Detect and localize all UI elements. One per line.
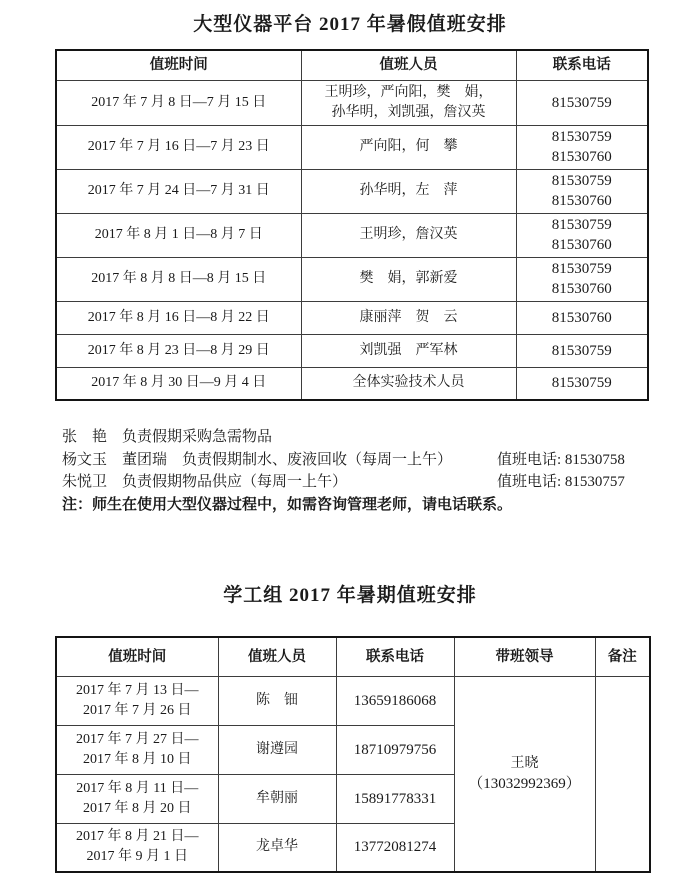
header-contact-phone: 联系电话 <box>336 637 454 676</box>
phone-line: 81530760 <box>519 191 646 211</box>
note-important: 注：师生在使用大型仪器过程中，如需咨询管理老师，请电话联系。 <box>62 494 662 517</box>
cell-contact-phone: 18710979756 <box>336 725 454 774</box>
cell-duty-staff: 樊 娟，郭新爱 <box>301 257 516 301</box>
cell-contact-phone: 15891778331 <box>336 774 454 823</box>
phone-line: 81530759 <box>519 171 646 191</box>
staff-line: 王明珍，严向阳，樊 娟， <box>304 83 514 103</box>
cell-duty-staff: 刘凯强 严军林 <box>301 334 516 367</box>
date-line: 2017 年 8 月 10 日 <box>59 750 216 770</box>
staff-line: 孙华明，刘凯强，詹汉英 <box>304 103 514 123</box>
note-line-supplies: 朱悦卫 负责假期物品供应（每周一上午） 值班电话: 81530757 <box>62 471 662 494</box>
cell-duty-time: 2017 年 8 月 21 日— 2017 年 9 月 1 日 <box>56 823 218 872</box>
header-contact-phone: 联系电话 <box>516 50 648 80</box>
table-row: 2017 年 8 月 30 日—9 月 4 日 全体实验技术人员 8153075… <box>56 367 648 400</box>
header-duty-staff: 值班人员 <box>218 637 336 676</box>
table-row: 2017 年 8 月 23 日—8 月 29 日 刘凯强 严军林 8153075… <box>56 334 648 367</box>
cell-contact-phone: 13659186068 <box>336 676 454 725</box>
header-duty-time: 值班时间 <box>56 50 301 80</box>
cell-duty-staff: 龙卓华 <box>218 823 336 872</box>
table-row: 2017 年 7 月 13 日— 2017 年 7 月 26 日 陈 钿 136… <box>56 676 650 725</box>
cell-duty-time: 2017 年 8 月 8 日—8 月 15 日 <box>56 257 301 301</box>
note-line-water-recycle: 杨文玉 董团瑞 负责假期制水、废液回收（每周一上午） 值班电话: 8153075… <box>62 449 662 472</box>
note-text: 张 艳 负责假期采购急需物品 <box>62 429 272 445</box>
page-title-instrument-platform: 大型仪器平台 2017 年暑假值班安排 <box>0 0 700 36</box>
cell-duty-staff: 谢遵园 <box>218 725 336 774</box>
date-line: 2017 年 7 月 13 日— <box>59 681 216 701</box>
date-line: 2017 年 8 月 20 日 <box>59 799 216 819</box>
cell-duty-staff: 全体实验技术人员 <box>301 367 516 400</box>
cell-duty-staff: 严向阳，何 攀 <box>301 125 516 169</box>
header-duty-staff: 值班人员 <box>301 50 516 80</box>
page-title-student-affairs: 学工组 2017 年暑期值班安排 <box>0 580 700 607</box>
cell-duty-time: 2017 年 7 月 24 日—7 月 31 日 <box>56 169 301 213</box>
note-duty-phone: 值班电话: 81530757 <box>497 471 625 494</box>
cell-duty-time: 2017 年 7 月 8 日—7 月 15 日 <box>56 80 301 125</box>
phone-line: 81530759 <box>519 215 646 235</box>
student-affairs-duty-table: 值班时间 值班人员 联系电话 带班领导 备注 2017 年 7 月 13 日— … <box>55 636 651 873</box>
phone-line: 81530760 <box>519 147 646 167</box>
phone-line: 81530759 <box>519 259 646 279</box>
instrument-duty-table: 值班时间 值班人员 联系电话 2017 年 7 月 8 日—7 月 15 日 王… <box>55 49 649 401</box>
cell-duty-staff: 陈 钿 <box>218 676 336 725</box>
header-leader: 带班领导 <box>454 637 595 676</box>
cell-duty-time: 2017 年 8 月 1 日—8 月 7 日 <box>56 213 301 257</box>
cell-duty-time: 2017 年 7 月 27 日— 2017 年 8 月 10 日 <box>56 725 218 774</box>
phone-line: 81530760 <box>519 279 646 299</box>
cell-contact-phone: 81530759 81530760 <box>516 169 648 213</box>
note-line-purchasing: 张 艳 负责假期采购急需物品 <box>62 426 662 449</box>
table-row: 2017 年 8 月 16 日—8 月 22 日 康丽萍 贺 云 8153076… <box>56 301 648 334</box>
table-row: 2017 年 7 月 16 日—7 月 23 日 严向阳，何 攀 8153075… <box>56 125 648 169</box>
notes-section: 张 艳 负责假期采购急需物品 杨文玉 董团瑞 负责假期制水、废液回收（每周一上午… <box>62 426 662 516</box>
table-header-row: 值班时间 值班人员 联系电话 带班领导 备注 <box>56 637 650 676</box>
date-line: 2017 年 9 月 1 日 <box>59 847 216 867</box>
cell-duty-staff: 王明珍，严向阳，樊 娟， 孙华明，刘凯强，詹汉英 <box>301 80 516 125</box>
note-text: 朱悦卫 负责假期物品供应（每周一上午） <box>62 474 347 490</box>
phone-line: 81530760 <box>519 235 646 255</box>
table-row: 2017 年 7 月 8 日—7 月 15 日 王明珍，严向阳，樊 娟， 孙华明… <box>56 80 648 125</box>
table-row: 2017 年 8 月 8 日—8 月 15 日 樊 娟，郭新爱 81530759… <box>56 257 648 301</box>
header-remark: 备注 <box>595 637 650 676</box>
cell-contact-phone: 13772081274 <box>336 823 454 872</box>
cell-contact-phone: 81530759 <box>516 80 648 125</box>
cell-contact-phone: 81530759 81530760 <box>516 125 648 169</box>
date-line: 2017 年 8 月 21 日— <box>59 827 216 847</box>
phone-line: 81530759 <box>519 127 646 147</box>
cell-contact-phone: 81530759 <box>516 334 648 367</box>
date-line: 2017 年 8 月 11 日— <box>59 779 216 799</box>
cell-duty-staff: 孙华明，左 萍 <box>301 169 516 213</box>
cell-duty-time: 2017 年 8 月 30 日—9 月 4 日 <box>56 367 301 400</box>
cell-duty-time: 2017 年 8 月 23 日—8 月 29 日 <box>56 334 301 367</box>
cell-duty-staff: 康丽萍 贺 云 <box>301 301 516 334</box>
cell-contact-phone: 81530759 81530760 <box>516 257 648 301</box>
note-duty-phone: 值班电话: 81530758 <box>497 449 625 472</box>
date-line: 2017 年 7 月 26 日 <box>59 701 216 721</box>
table-header-row: 值班时间 值班人员 联系电话 <box>56 50 648 80</box>
date-line: 2017 年 7 月 27 日— <box>59 730 216 750</box>
table-row: 2017 年 7 月 24 日—7 月 31 日 孙华明，左 萍 8153075… <box>56 169 648 213</box>
cell-contact-phone: 81530759 <box>516 367 648 400</box>
cell-duty-time: 2017 年 7 月 16 日—7 月 23 日 <box>56 125 301 169</box>
cell-duty-staff: 牟朝丽 <box>218 774 336 823</box>
leader-phone: （13032992369） <box>457 774 593 794</box>
cell-contact-phone: 81530760 <box>516 301 648 334</box>
note-text: 杨文玉 董团瑞 负责假期制水、废液回收（每周一上午） <box>62 452 452 468</box>
cell-remark <box>595 676 650 872</box>
cell-duty-staff: 王明珍，詹汉英 <box>301 213 516 257</box>
header-duty-time: 值班时间 <box>56 637 218 676</box>
cell-duty-time: 2017 年 8 月 11 日— 2017 年 8 月 20 日 <box>56 774 218 823</box>
cell-contact-phone: 81530759 81530760 <box>516 213 648 257</box>
table-row: 2017 年 8 月 1 日—8 月 7 日 王明珍，詹汉英 81530759 … <box>56 213 648 257</box>
leader-name: 王晓 <box>457 754 593 774</box>
cell-duty-time: 2017 年 7 月 13 日— 2017 年 7 月 26 日 <box>56 676 218 725</box>
cell-leader: 王晓 （13032992369） <box>454 676 595 872</box>
cell-duty-time: 2017 年 8 月 16 日—8 月 22 日 <box>56 301 301 334</box>
